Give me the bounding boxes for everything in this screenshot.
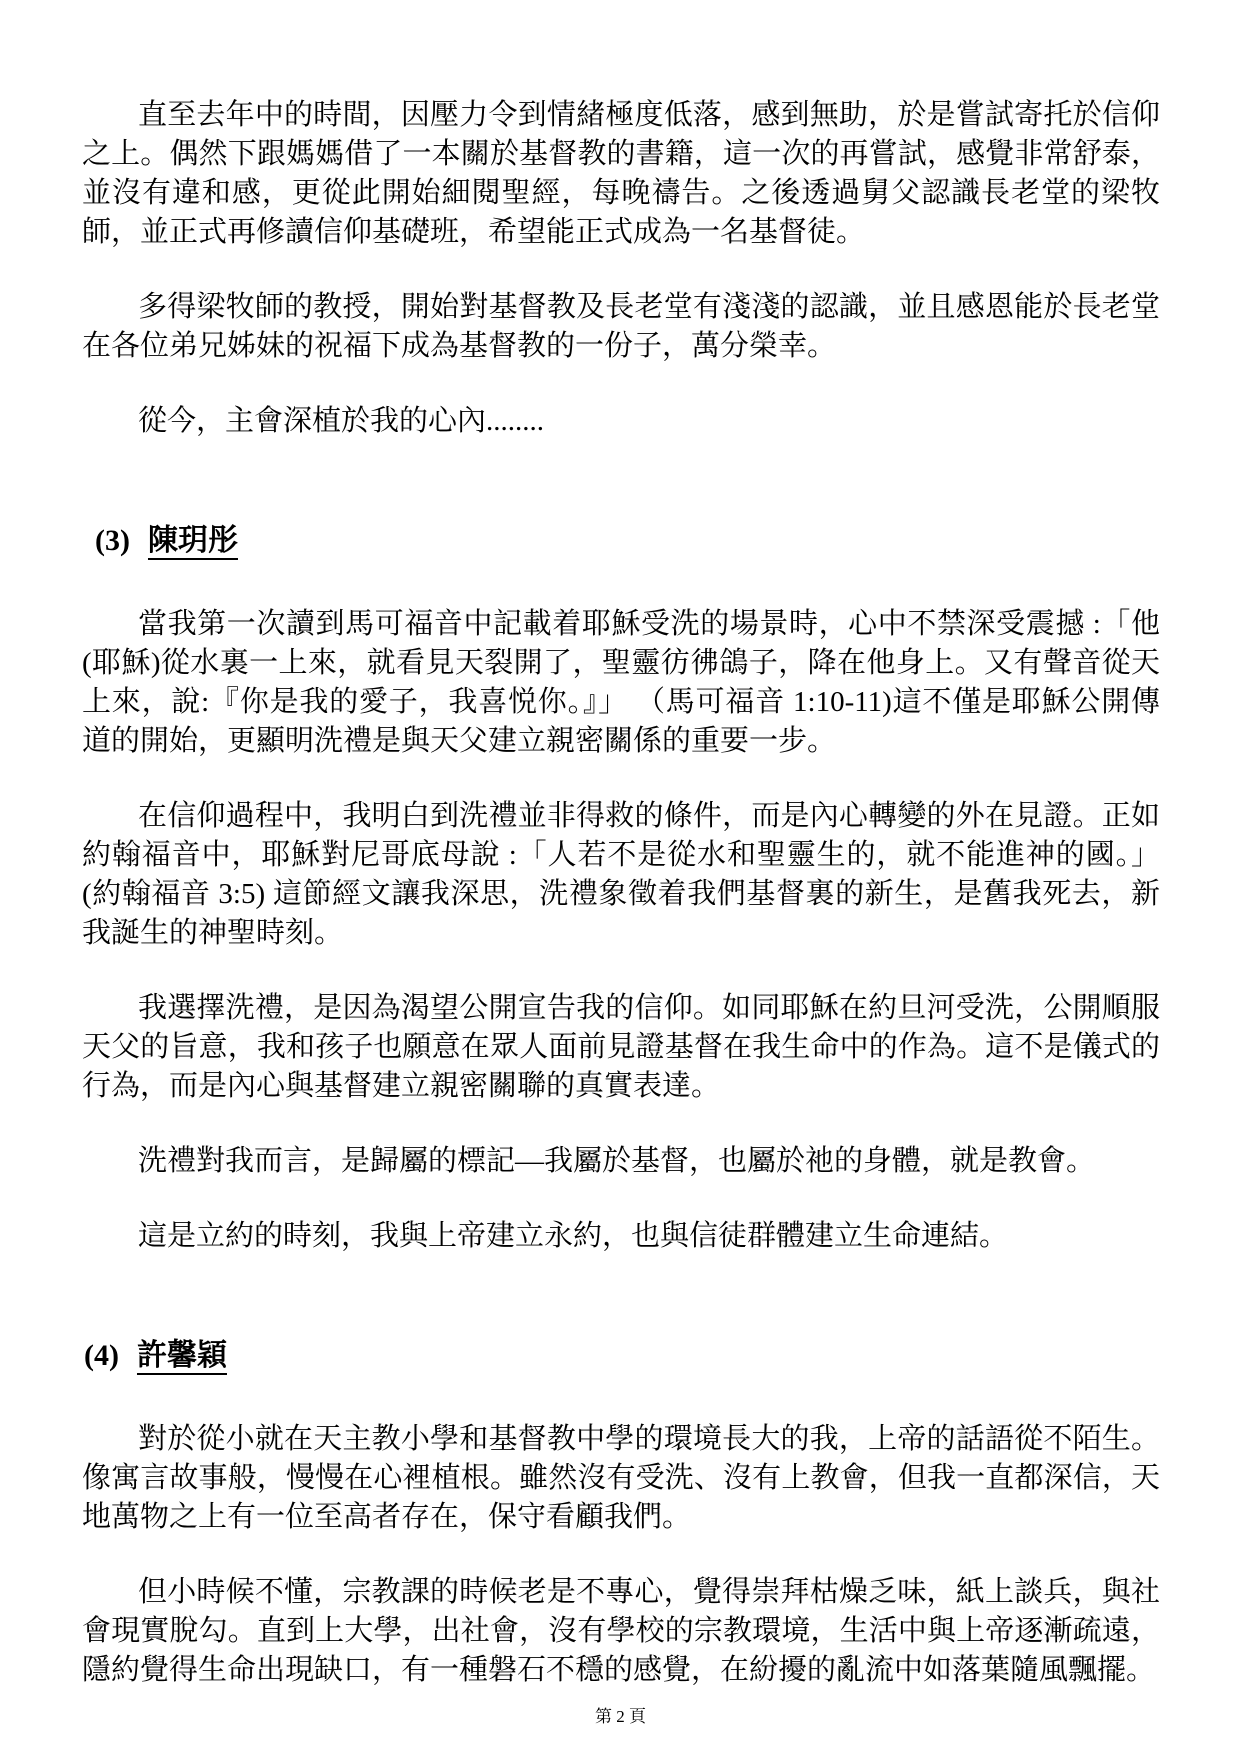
- section-author-name: 許馨穎: [137, 1339, 227, 1372]
- paragraph-testimony-3-part4: 洗禮對我而言，是歸屬的標記—我屬於基督，也屬於祂的身體，就是教會。: [82, 1142, 1160, 1181]
- paragraph-testimony-2-part2: 多得梁牧師的教授，開始對基督教及長老堂有淺淺的認識，並且感恩能於長老堂在各位弟兄…: [82, 288, 1160, 366]
- section-heading-3: (3)陳玥彤: [82, 519, 1160, 563]
- paragraph-testimony-2-part1: 直至去年中的時間，因壓力令到情緒極度低落，感到無助，於是嘗試寄托於信仰之上。偶然…: [82, 96, 1160, 252]
- paragraph-testimony-4-part2: 但小時候不懂，宗教課的時候老是不專心，覺得崇拜枯燥乏味，紙上談兵，與社會現實脫勾…: [82, 1573, 1160, 1690]
- section-heading-4: (4)許馨穎: [82, 1334, 1160, 1378]
- page-number-footer: 第 2 頁: [0, 1702, 1241, 1727]
- page-content: 直至去年中的時間，因壓力令到情緒極度低落，感到無助，於是嘗試寄托於信仰之上。偶然…: [0, 0, 1241, 1690]
- paragraph-testimony-3-part2: 在信仰過程中，我明白到洗禮並非得救的條件，而是內心轉變的外在見證。正如約翰福音中…: [82, 797, 1160, 953]
- paragraph-testimony-3-part3: 我選擇洗禮，是因為渴望公開宣告我的信仰。如同耶穌在約旦河受洗，公開順服天父的旨意…: [82, 989, 1160, 1106]
- document-page: 直至去年中的時間，因壓力令到情緒極度低落，感到無助，於是嘗試寄托於信仰之上。偶然…: [0, 0, 1241, 1755]
- paragraph-testimony-4-part1: 對於從小就在天主教小學和基督教中學的環境長大的我，上帝的話語從不陌生。像寓言故事…: [82, 1420, 1160, 1537]
- paragraph-testimony-3-part5: 這是立約的時刻，我與上帝建立永約，也與信徒群體建立生命連結。: [82, 1217, 1160, 1256]
- paragraph-testimony-2-closing: 從今，主會深植於我的心內........: [82, 402, 1160, 441]
- paragraph-testimony-3-part1: 當我第一次讀到馬可福音中記載着耶穌受洗的場景時，心中不禁深受震撼 :「他(耶穌)…: [82, 605, 1160, 761]
- section-author-name: 陳玥彤: [148, 524, 238, 557]
- section-number: (4): [84, 1339, 119, 1372]
- section-number: (3): [95, 524, 130, 557]
